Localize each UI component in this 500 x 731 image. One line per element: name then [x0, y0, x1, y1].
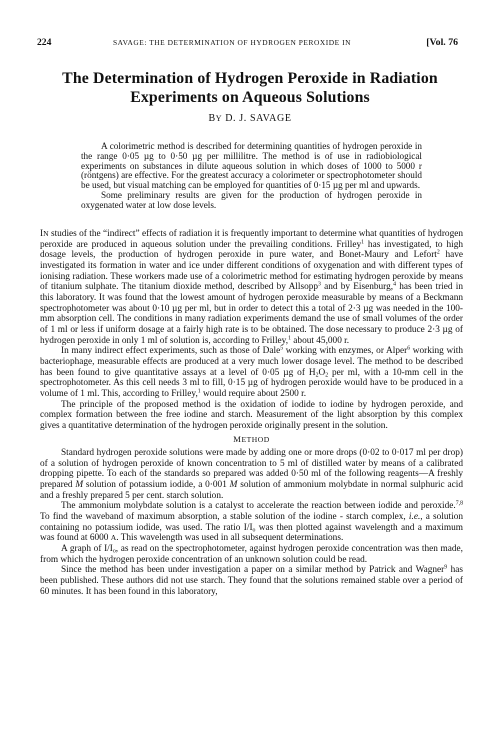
text-run: would require about 2500 r. [201, 389, 306, 399]
reference-marker[interactable]: 7,8 [456, 501, 463, 507]
byline-rest: Y [216, 114, 222, 123]
abstract-paragraph-2: Some preliminary results are given for t… [81, 191, 422, 211]
text-run: The ammonium molybdate solution is a cat… [61, 501, 456, 511]
volume-number: [Vol. 76 [426, 36, 458, 50]
text-run: . This wavelength was used in all subseq… [116, 533, 343, 543]
text-run: working with enzymes, or Alper [283, 346, 407, 356]
method-paragraph-4: Since the method has been under investig… [40, 565, 463, 597]
molar-symbol: M [75, 480, 83, 490]
text-run: about 45,000 r. [291, 336, 349, 346]
abstract-paragraph-1: A colorimetric method is described for d… [81, 142, 422, 191]
author-name: D. J. SAVAGE [225, 113, 291, 124]
title-line-2: Experiments on Aqueous Solutions [30, 89, 470, 108]
paragraph-2: In many indirect effect experiments, suc… [40, 346, 463, 399]
heading-rest: ETHOD [241, 435, 269, 444]
italic-abbrev: i.e. [409, 512, 420, 522]
running-head: 224 SAVAGE: THE DETERMINATION OF HYDROGE… [37, 36, 462, 50]
paragraph-3: The principle of the proposed method is … [40, 400, 463, 432]
text-run: In many indirect effect experiments, suc… [61, 346, 280, 356]
text-run: A graph of I/I [61, 544, 113, 554]
method-paragraph-1: Standard hydrogen peroxide solutions wer… [40, 448, 463, 501]
page-number: 224 [37, 36, 51, 50]
intro-paragraph: IN studies of the “indirect” effects of … [40, 229, 463, 346]
byline-initial: B [208, 113, 215, 124]
text-run: To find the waveband of maximum absorpti… [40, 512, 409, 522]
text-run: Since the method has been under investig… [61, 565, 444, 575]
section-heading-method: METHOD [40, 434, 463, 446]
title-line-1: The Determination of Hydrogen Peroxide i… [30, 70, 470, 89]
method-paragraph-3: A graph of I/Io, as read on the spectrop… [40, 544, 463, 565]
method-paragraph-2: The ammonium molybdate solution is a cat… [40, 501, 463, 544]
text-run: and by Eisenburg, [321, 282, 393, 292]
abstract: A colorimetric method is described for d… [81, 142, 422, 211]
author-byline: BY D. J. SAVAGE [0, 113, 500, 124]
journal-page: 224 SAVAGE: THE DETERMINATION OF HYDROGE… [0, 0, 500, 731]
article-body: IN studies of the “indirect” effects of … [40, 229, 463, 597]
text-run: solution of potassium iodide, a 0·001 [83, 480, 230, 490]
running-title: SAVAGE: THE DETERMINATION OF HYDROGEN PE… [113, 36, 351, 50]
article-title: The Determination of Hydrogen Peroxide i… [30, 70, 470, 107]
